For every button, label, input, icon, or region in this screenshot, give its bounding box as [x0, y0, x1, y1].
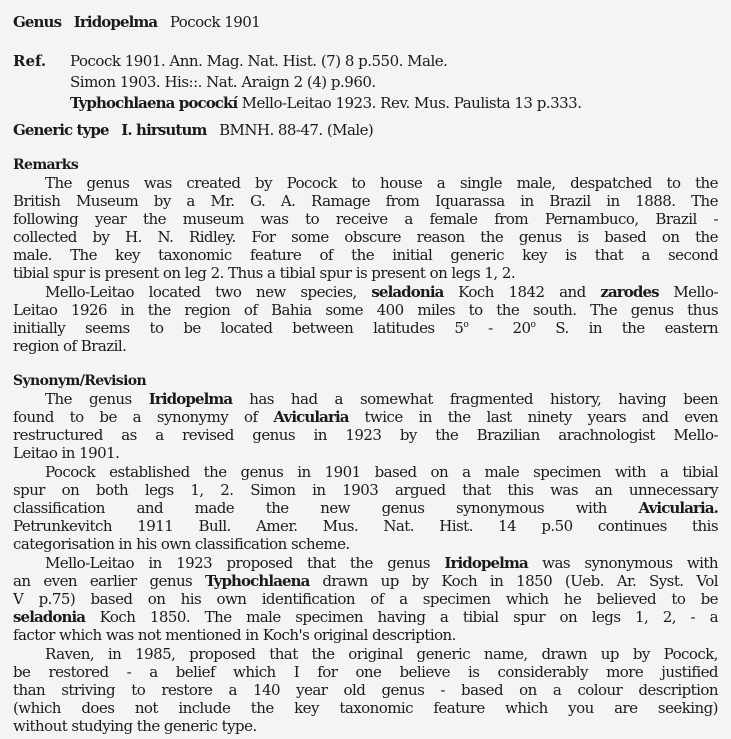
synonym-line: seladonia Koch 1850. The male specimen h…: [13, 608, 718, 626]
synonym-line: spur on both legs 1, 2. Simon in 1903 ar…: [13, 481, 718, 499]
synonym-line: The genus Iridopelma has had a somewhat …: [13, 390, 718, 408]
generic-type-specimen: BMNH. 88-47. (Male): [219, 121, 373, 139]
remarks-line: initially seems to be located between la…: [13, 319, 718, 337]
remarks-line: The genus was created by Pocock to house…: [13, 174, 718, 192]
genus-title: Genus Iridopelma Pocock 1901: [13, 13, 718, 31]
synonym-line: classification and made the new genus sy…: [13, 499, 718, 517]
synonym-line: Petrunkevitch 1911 Bull. Amer. Mus. Nat.…: [13, 517, 718, 535]
remarks-line: Mello-Leitao located two new species, se…: [13, 283, 718, 301]
remarks-line: tibial spur is present on leg 2. Thus a …: [13, 264, 718, 282]
remarks-line: male. The key taxonomic feature of the i…: [13, 246, 718, 264]
genus-name: Iridopelma: [74, 13, 157, 31]
remarks-line: collected by H. N. Ridley. For some obsc…: [13, 228, 718, 246]
synonym-heading: Synonym/Revision: [13, 372, 718, 390]
reference-item: Simon 1903. His::. Nat. Araign 2 (4) p.9…: [70, 73, 376, 91]
synonym-line: than striving to restore a 140 year old …: [13, 681, 718, 699]
generic-type: Generic type I. hirsutum BMNH. 88-47. (M…: [13, 121, 718, 139]
synonym-line: Raven, in 1985, proposed that the origin…: [13, 645, 718, 663]
document-page: Genus Iridopelma Pocock 1901 Ref. Pocock…: [0, 0, 731, 739]
remarks-heading: Remarks: [13, 156, 718, 174]
synonym-line: be restored - a belief which I for one b…: [13, 663, 718, 681]
generic-type-label: Generic type: [13, 121, 109, 139]
genus-label: Genus: [13, 13, 61, 31]
ref-label: Ref.: [13, 52, 46, 70]
synonym-line: Mello-Leitao in 1923 proposed that the g…: [13, 554, 718, 572]
synonym-line: Pocock established the genus in 1901 bas…: [13, 463, 718, 481]
synonym-line: without studying the generic type.: [13, 717, 718, 735]
synonym-line: an even earlier genus Typhochlaena drawn…: [13, 572, 718, 590]
synonym-line: categorisation in his own classification…: [13, 535, 718, 553]
generic-type-species: I. hirsutum: [121, 121, 206, 139]
reference-item: Typhochlaena pocockí Mello-Leitao 1923. …: [70, 94, 582, 112]
remarks-line: region of Brazil.: [13, 337, 718, 355]
synonym-line: factor which was not mentioned in Koch's…: [13, 626, 718, 644]
reference-item: Pocock 1901. Ann. Mag. Nat. Hist. (7) 8 …: [70, 52, 447, 70]
genus-author: Pocock 1901: [170, 13, 260, 31]
synonym-line: V p.75) based on his own identification …: [13, 590, 718, 608]
synonym-line: found to be a synonymy of Avicularia twi…: [13, 408, 718, 426]
remarks-line: following year the museum was to receive…: [13, 210, 718, 228]
synonym-line: restructured as a revised genus in 1923 …: [13, 426, 718, 444]
remarks-line: Leitao 1926 in the region of Bahia some …: [13, 301, 718, 319]
remarks-line: British Museum by a Mr. G. A. Ramage fro…: [13, 192, 718, 210]
synonym-line: (which does not include the key taxonomi…: [13, 699, 718, 717]
synonym-line: Leitao in 1901.: [13, 444, 718, 462]
